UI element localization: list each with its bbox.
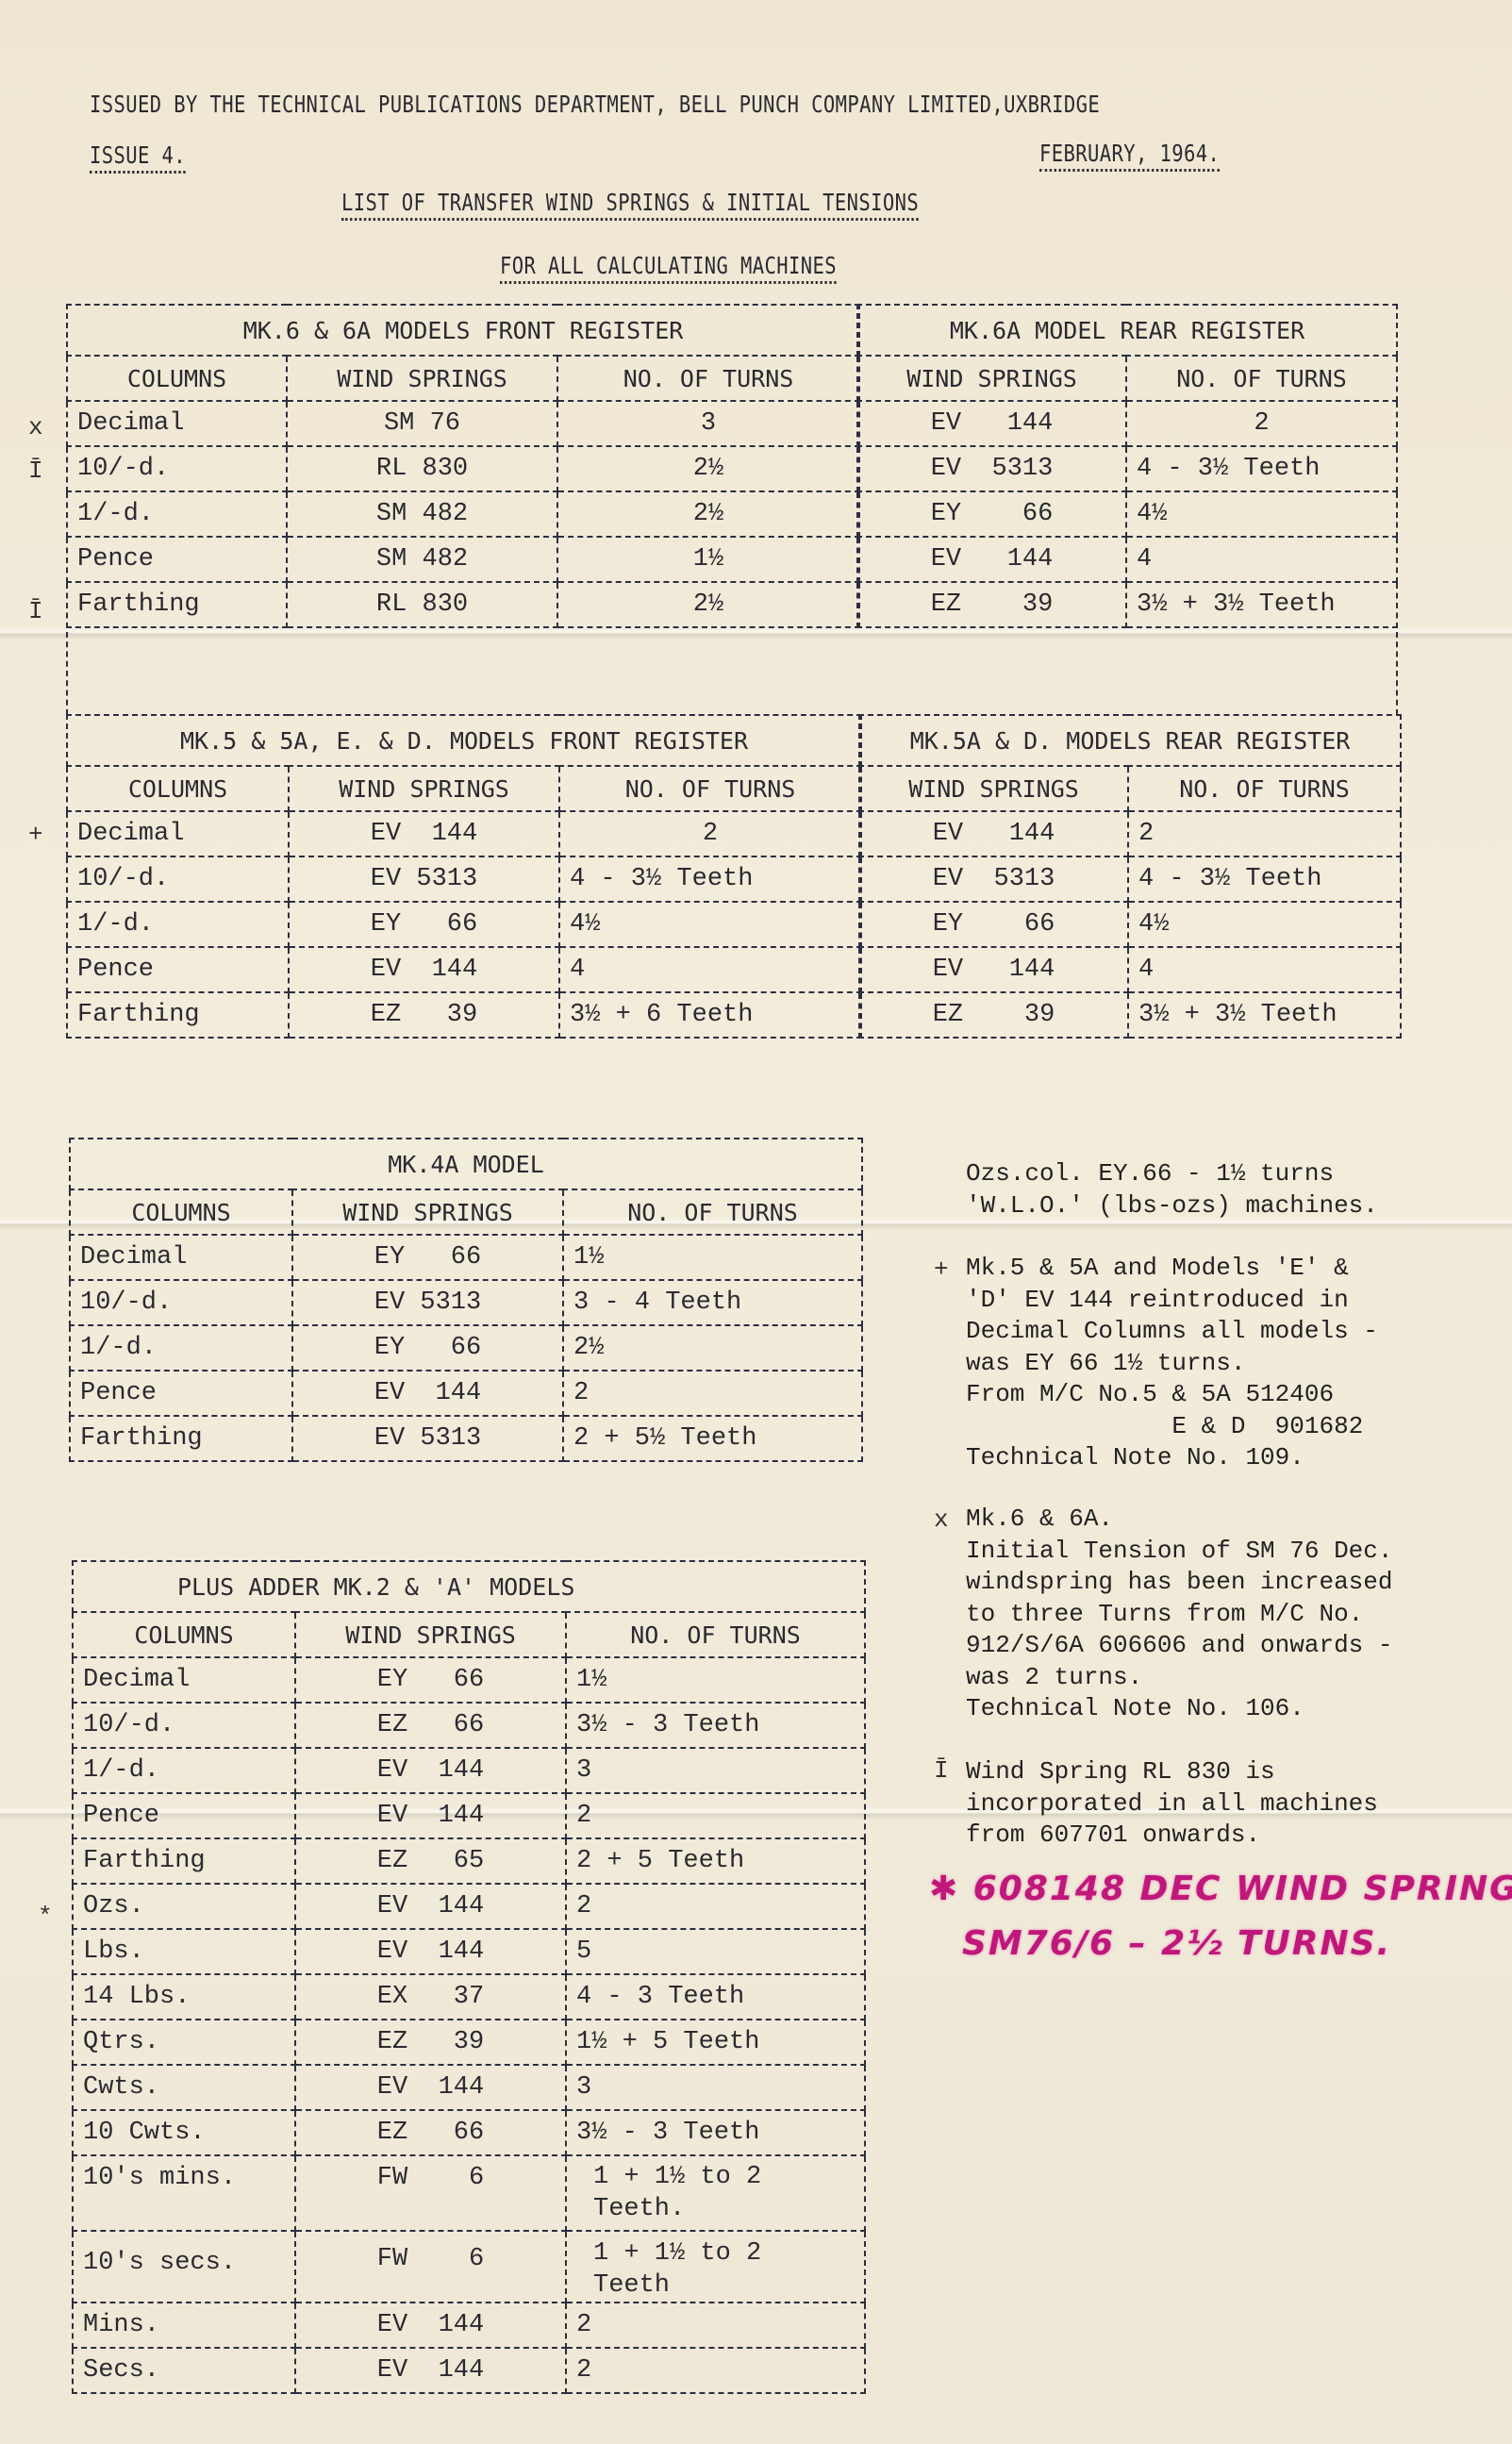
table-row: 10's secs.FW 61 + 1½ to 2 Teeth: [73, 2231, 865, 2303]
table-row: PenceSM 4821½: [67, 537, 859, 582]
table-row: FarthingEZ 652 + 5 Teeth: [73, 1838, 865, 1884]
header-columns: COLUMNS: [70, 1189, 292, 1235]
table-row: 1/-d.EV 1443: [73, 1748, 865, 1793]
header-turns: NO. OF TURNS: [563, 1189, 862, 1235]
table-row: 10's mins.FW 61 + 1½ to 2 Teeth.: [73, 2155, 865, 2231]
document-subtitle: FOR ALL CALCULATING MACHINES: [500, 252, 837, 284]
mk4a-model-table: MK.4A MODEL COLUMNS WIND SPRINGS NO. OF …: [69, 1138, 863, 1462]
footnote-mark-bar: Ī: [28, 457, 43, 485]
mk6-front-register-table: MK.6 & 6A MODELS FRONT REGISTER COLUMNS …: [66, 304, 860, 628]
note-ozs: Ozs.col. EY.66 - 1½ turns 'W.L.O.' (lbs-…: [966, 1158, 1378, 1222]
table-row: 10 Cwts.EZ 663½ - 3 Teeth: [73, 2110, 865, 2155]
footnote-mark-asterisk: *: [38, 1903, 53, 1931]
footnote-mark-bar: Ī: [934, 1756, 949, 1785]
table-row: 14 Lbs.EX 374 - 3 Teeth: [73, 1974, 865, 2020]
mk5-front-register-table: MK.5 & 5A, E. & D. MODELS FRONT REGISTER…: [66, 714, 862, 1039]
document-title: LIST OF TRANSFER WIND SPRINGS & INITIAL …: [341, 189, 919, 221]
table-row: EZ 393½ + 3½ Teeth: [859, 992, 1401, 1038]
note-plus: Mk.5 & 5A and Models 'E' & 'D' EV 144 re…: [966, 1253, 1378, 1474]
table-title: MK.6 & 6A MODELS FRONT REGISTER: [67, 305, 859, 356]
table-row: Secs.EV 1442: [73, 2348, 865, 2393]
table-row: PenceEV 1444: [67, 947, 861, 992]
footnote-mark-bar: Ī: [28, 597, 43, 625]
table-row: 10/-d.EV 53133 - 4 Teeth: [70, 1280, 862, 1325]
footnote-mark-plus: +: [934, 1255, 949, 1284]
header-wind-springs: WIND SPRINGS: [857, 356, 1126, 401]
header-turns: NO. OF TURNS: [1128, 766, 1401, 811]
table-title: PLUS ADDER MK.2 & 'A' MODELS: [73, 1561, 865, 1612]
plus-adder-table: PLUS ADDER MK.2 & 'A' MODELS COLUMNS WIN…: [72, 1560, 866, 2394]
header-turns: NO. OF TURNS: [566, 1612, 865, 1657]
issuer-line: ISSUED BY THE TECHNICAL PUBLICATIONS DEP…: [90, 91, 1100, 118]
header-turns: NO. OF TURNS: [1126, 356, 1397, 401]
table-row: Lbs.EV 1445: [73, 1929, 865, 1974]
header-wind-springs: WIND SPRINGS: [859, 766, 1128, 811]
issue-number: ISSUE 4.: [90, 141, 186, 174]
table-title: MK.4A MODEL: [70, 1139, 862, 1189]
handwritten-annotation-line2: SM76/6 – 2½ TURNS.: [962, 1924, 1391, 1963]
header-wind-springs: WIND SPRINGS: [289, 766, 559, 811]
mk5a-rear-register-table: MK.5A & D. MODELS REAR REGISTER WIND SPR…: [858, 714, 1402, 1039]
header-columns: COLUMNS: [67, 766, 289, 811]
table-row: 1/-d.EY 662½: [70, 1325, 862, 1371]
footnote-mark-x: x: [28, 413, 43, 441]
table-row: 10/-d.EZ 663½ - 3 Teeth: [73, 1703, 865, 1748]
header-turns: NO. OF TURNS: [559, 766, 861, 811]
table-row: DecimalEY 661½: [70, 1235, 862, 1280]
header-wind-springs: WIND SPRINGS: [292, 1189, 563, 1235]
footnote-mark-plus: +: [28, 821, 43, 849]
table-row: EY 664½: [857, 491, 1397, 537]
header-columns: COLUMNS: [73, 1612, 295, 1657]
table-row: PenceEV 1442: [70, 1371, 862, 1416]
table-row: 1/-d.EY 664½: [67, 902, 861, 947]
table-row: DecimalEY 661½: [73, 1657, 865, 1703]
header-wind-springs: WIND SPRINGS: [287, 356, 557, 401]
table-title: MK.6A MODEL REAR REGISTER: [857, 305, 1397, 356]
header-columns: COLUMNS: [67, 356, 287, 401]
header-wind-springs: WIND SPRINGS: [295, 1612, 566, 1657]
table-row: EV 1444: [857, 537, 1397, 582]
table-row: EY 664½: [859, 902, 1401, 947]
issue-date: FEBRUARY, 1964.: [1039, 140, 1220, 172]
header-turns: NO. OF TURNS: [557, 356, 859, 401]
table-title: MK.5 & 5A, E. & D. MODELS FRONT REGISTER: [67, 715, 861, 766]
table-row: EV 1442: [857, 401, 1397, 446]
table-row: FarthingRL 8302½: [67, 582, 859, 627]
table-row: 10/-d.EV 53134 - 3½ Teeth: [67, 856, 861, 902]
table-row: Qtrs.EZ 391½ + 5 Teeth: [73, 2020, 865, 2065]
table-row: EV 53134 - 3½ Teeth: [857, 446, 1397, 491]
table-row: Cwts.EV 1443: [73, 2065, 865, 2110]
table-row: Mins.EV 1442: [73, 2303, 865, 2348]
note-x: Mk.6 & 6A. Initial Tension of SM 76 Dec.…: [966, 1504, 1392, 1725]
table-title: MK.5A & D. MODELS REAR REGISTER: [859, 715, 1401, 766]
mk6a-rear-register-table: MK.6A MODEL REAR REGISTER WIND SPRINGS N…: [856, 304, 1398, 628]
table-row: FarthingEZ 393½ + 6 Teeth: [67, 992, 861, 1038]
handwritten-annotation-line1: ✱ 608148 DEC WIND SPRING: [929, 1870, 1512, 1908]
table-row: EZ 393½ + 3½ Teeth: [857, 582, 1397, 627]
table-row: 1/-d.SM 4822½: [67, 491, 859, 537]
table-row: EV 1444: [859, 947, 1401, 992]
table-row: Ozs.EV 1442: [73, 1884, 865, 1929]
table-row: FarthingEV 53132 + 5½ Teeth: [70, 1416, 862, 1461]
table-row: EV 1442: [859, 811, 1401, 856]
footnote-mark-x: x: [934, 1505, 949, 1534]
table-row: DecimalEV 1442: [67, 811, 861, 856]
table-row: DecimalSM 763: [67, 401, 859, 446]
table-row: PenceEV 1442: [73, 1793, 865, 1838]
table-row: EV 53134 - 3½ Teeth: [859, 856, 1401, 902]
table-frame-gap: [66, 632, 1398, 715]
note-bar: Wind Spring RL 830 is incorporated in al…: [966, 1756, 1378, 1852]
table-row: 10/-d.RL 8302½: [67, 446, 859, 491]
